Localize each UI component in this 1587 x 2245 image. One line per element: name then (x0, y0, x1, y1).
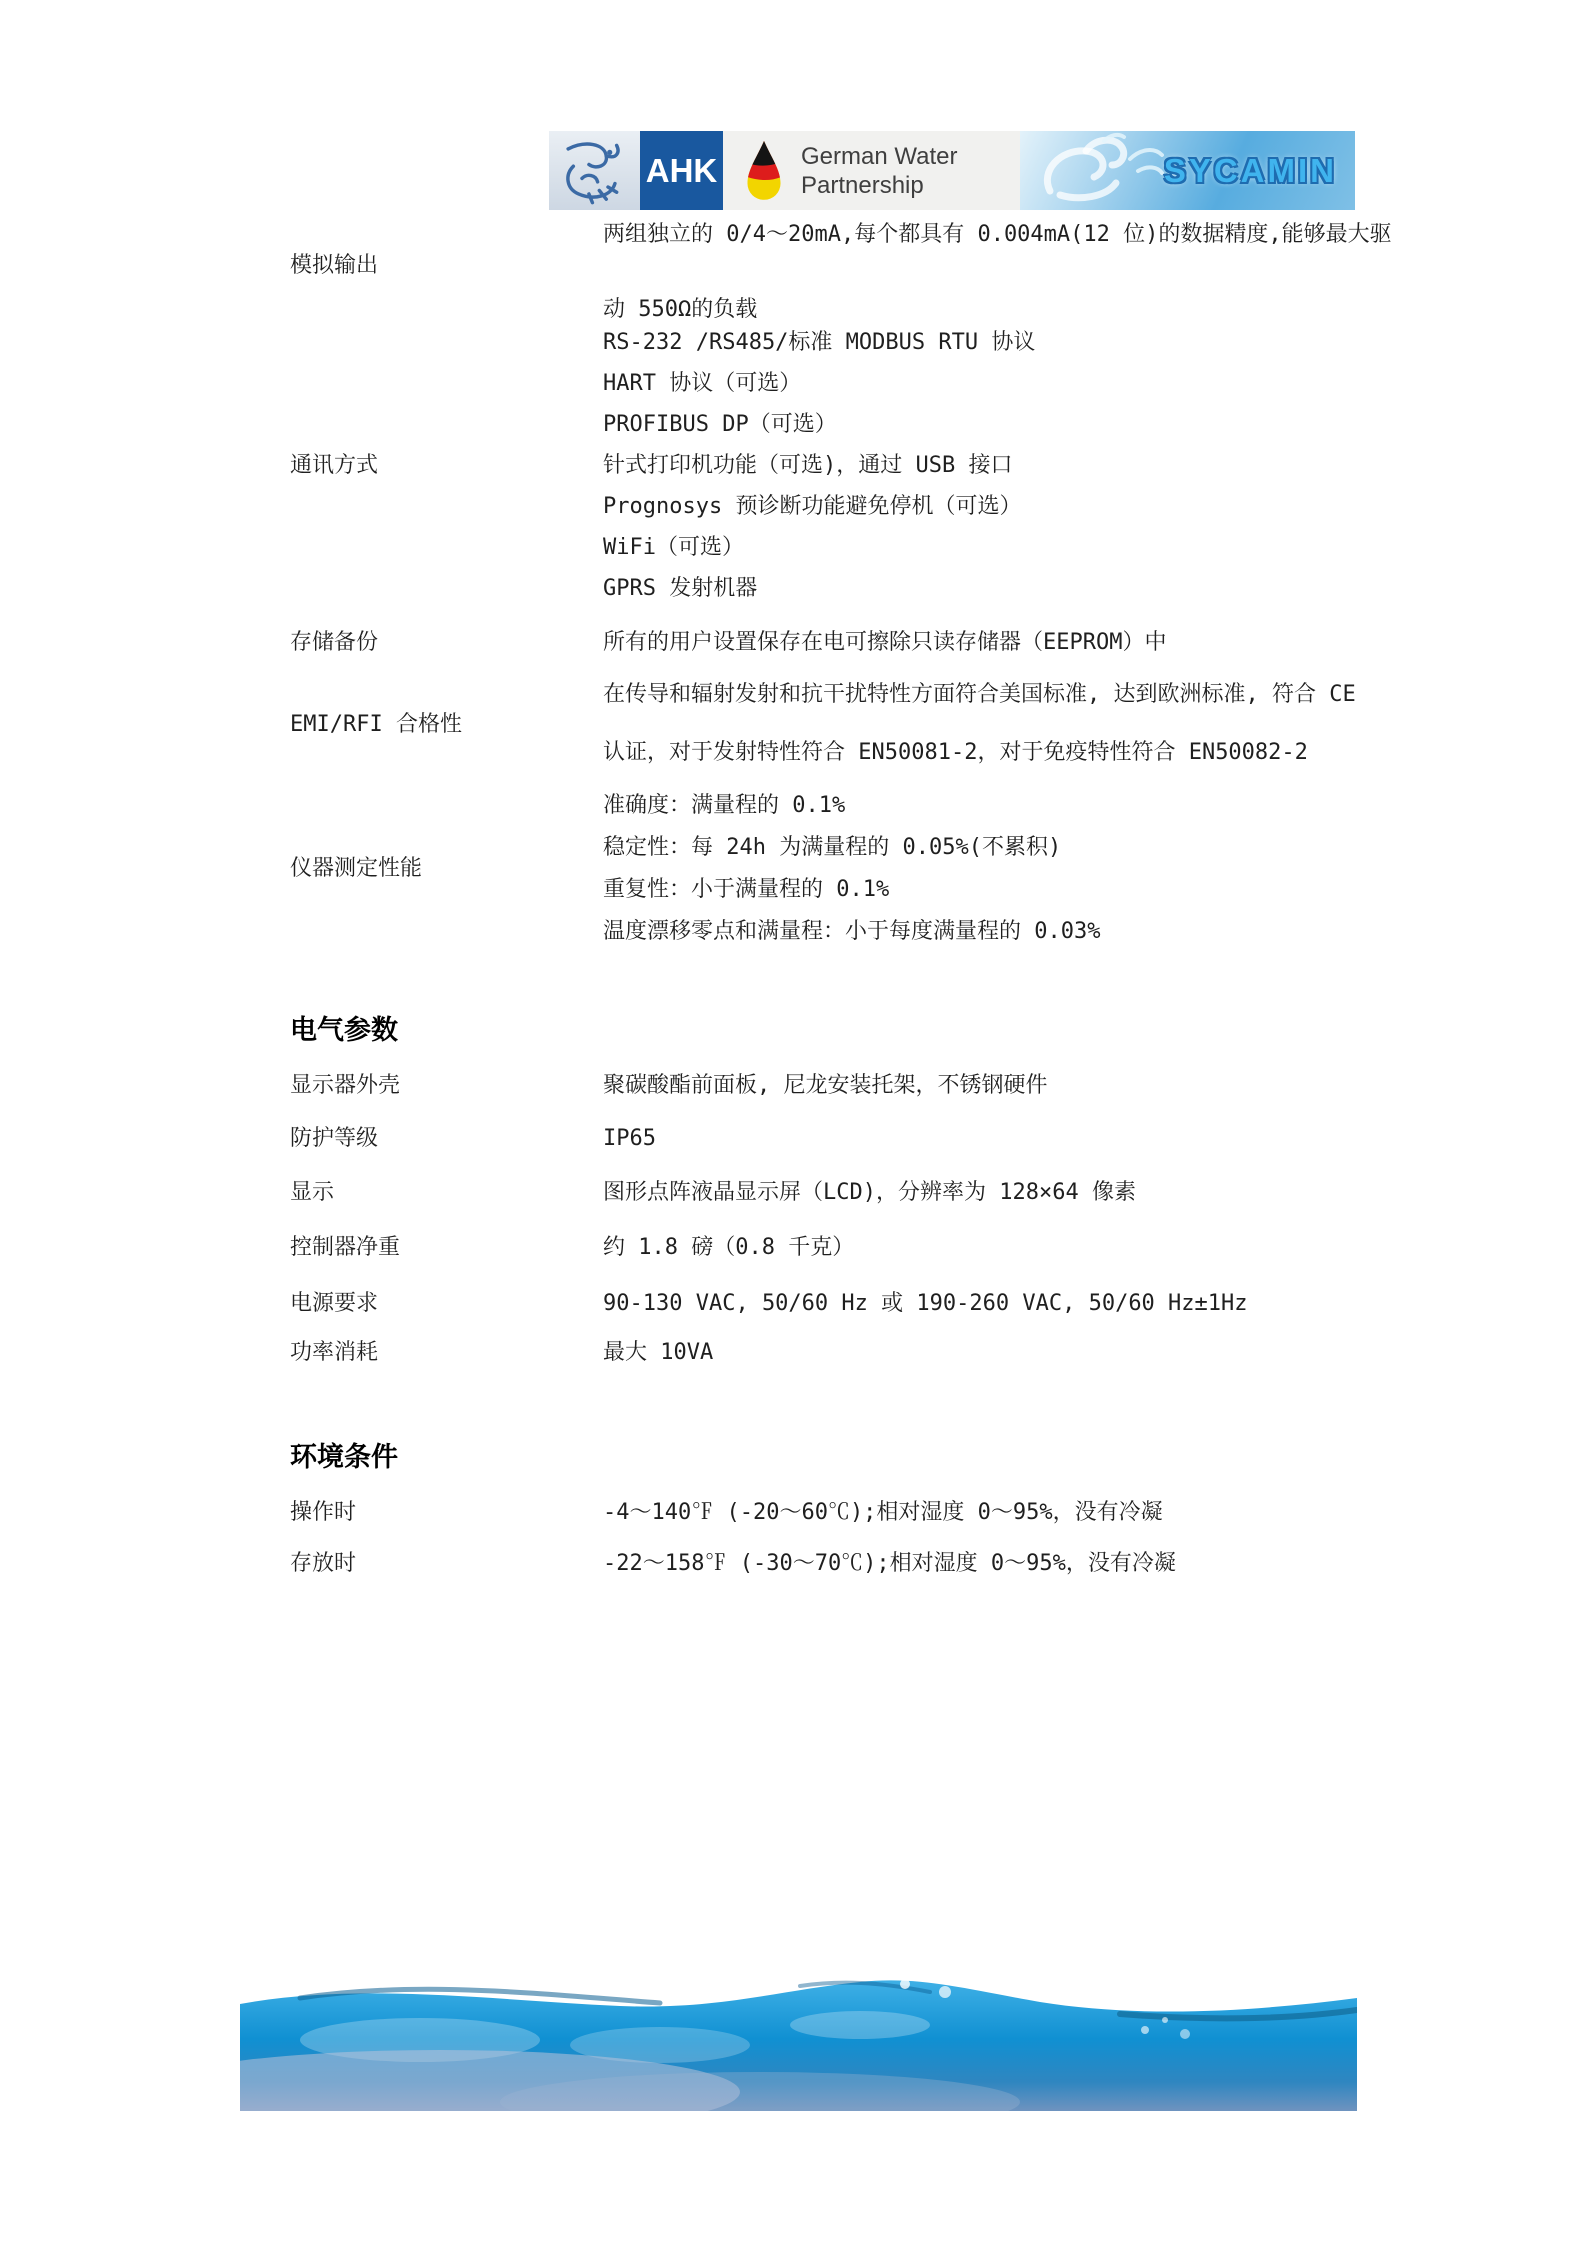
spec-line: 重复性：小于满量程的 0.1% (603, 877, 889, 903)
spec-label-analog-output: 模拟输出 (290, 253, 378, 279)
spec-line: GPRS 发射机器 (603, 576, 757, 602)
sycamin-logo: SYCAMIN (1020, 131, 1355, 210)
spec-line: 认证，对于发射特性符合 EN50081-2，对于免疫特性符合 EN50082-2 (603, 740, 1308, 766)
ahk-logo-text: AHK (646, 152, 718, 190)
gwp-line1: German Water (801, 142, 957, 171)
sycamin-logo-text: SYCAMIN (1164, 152, 1337, 190)
spec-label-emi-rfi: EMI/RFI 合格性 (290, 712, 462, 738)
spec-label-power-requirements: 电源要求 (290, 1291, 378, 1317)
german-water-partnership-logo: German Water Partnership (723, 131, 1020, 210)
ahk-logo: AHK (640, 131, 723, 210)
spec-label-display-housing: 显示器外壳 (290, 1073, 400, 1099)
spec-label-controller-weight: 控制器净重 (290, 1235, 400, 1261)
spec-label-display: 显示 (290, 1180, 334, 1206)
spec-value: -4～140℉ (-20～60℃);相对湿度 0～95%，没有冷凝 (603, 1500, 1163, 1526)
spec-line: 温度漂移零点和满量程：小于每度满量程的 0.03% (603, 919, 1100, 945)
german-flag-drop-icon (743, 140, 785, 202)
header-logo-banner: AHK German Water Partnership (549, 131, 1355, 210)
footer-water-image (240, 1970, 1357, 2111)
spec-label-protection-rating: 防护等级 (290, 1126, 378, 1152)
gwp-logo-text: German Water Partnership (801, 142, 957, 200)
spec-value: 聚碳酸酯前面板, 尼龙安装托架，不锈钢硬件 (603, 1073, 1048, 1099)
spec-label-storage-backup: 存储备份 (290, 630, 378, 656)
spec-label-measurement-performance: 仪器测定性能 (290, 856, 422, 882)
dragon-logo (549, 131, 640, 210)
spec-value: 最大 10VA (603, 1340, 713, 1366)
section-title-environment: 环境条件 (290, 1441, 398, 1473)
spec-line: HART 协议（可选） (603, 371, 801, 397)
spec-line: 动 550Ω的负载 (603, 297, 757, 323)
spec-line: 所有的用户设置保存在电可擦除只读存储器（EEPROM）中 (603, 630, 1166, 656)
spec-line: PROFIBUS DP（可选） (603, 412, 837, 438)
spec-line: 准确度：满量程的 0.1% (603, 793, 845, 819)
spec-value: 约 1.8 磅（0.8 千克） (603, 1235, 854, 1261)
spec-value: 图形点阵液晶显示屏（LCD)，分辨率为 128×64 像素 (603, 1180, 1136, 1206)
spec-line: 在传导和辐射发射和抗干扰特性方面符合美国标准, 达到欧洲标准, 符合 CE (603, 682, 1356, 708)
spec-label-communication: 通讯方式 (290, 453, 378, 479)
document-page: AHK German Water Partnership (0, 0, 1587, 2245)
spec-value: 90-130 VAC, 50/60 Hz 或 190-260 VAC, 50/6… (603, 1291, 1248, 1317)
spec-label-storage: 存放时 (290, 1551, 356, 1577)
spec-line: WiFi（可选） (603, 535, 744, 561)
spec-label-power-consumption: 功率消耗 (290, 1340, 378, 1366)
spec-line: 两组独立的 0/4～20mA,每个都具有 0.004mA(12 位)的数据精度,… (603, 222, 1392, 248)
spec-line: RS-232 /RS485/标准 MODBUS RTU 协议 (603, 330, 1035, 356)
spec-line: Prognosys 预诊断功能避免停机（可选） (603, 494, 1021, 520)
spec-value: IP65 (603, 1126, 656, 1152)
section-title-electrical: 电气参数 (290, 1014, 398, 1046)
dragon-icon (556, 136, 634, 206)
spec-value: -22～158℉ (-30～70℃);相对湿度 0～95%，没有冷凝 (603, 1551, 1176, 1577)
gwp-line2: Partnership (801, 171, 957, 200)
spec-line: 稳定性：每 24h 为满量程的 0.05%(不累积) (603, 835, 1061, 861)
spec-line: 针式打印机功能（可选)，通过 USB 接口 (603, 453, 1012, 479)
spec-label-operating: 操作时 (290, 1500, 356, 1526)
